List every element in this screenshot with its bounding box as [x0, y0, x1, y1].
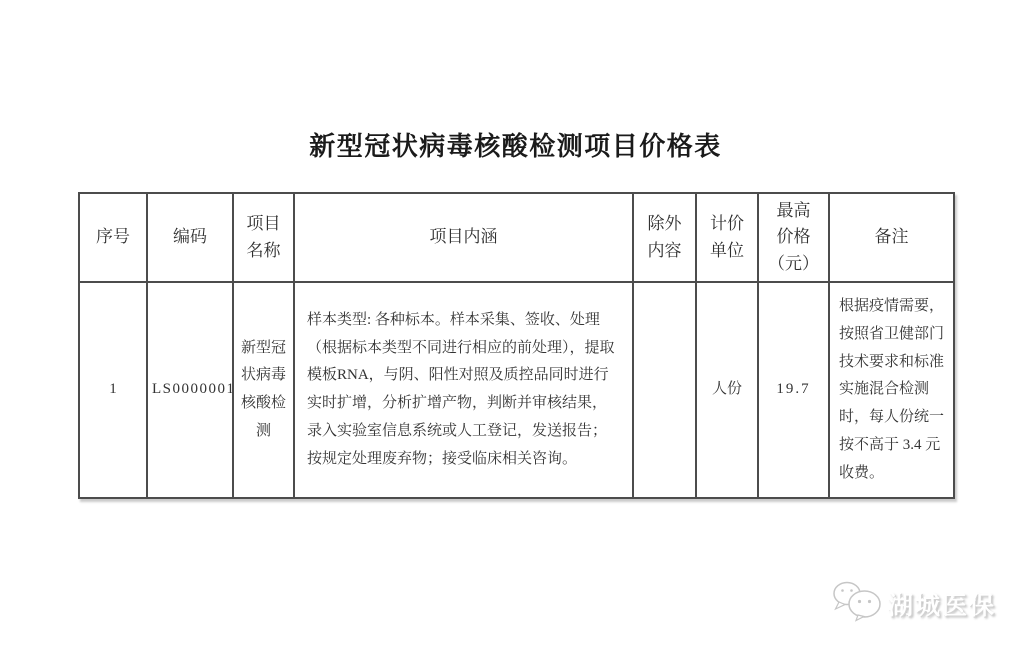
price-table: 序号 编码 项目 名称 项目内涵 除外 内容 计价 单位 最高 价格 （元） 备… [78, 192, 955, 499]
document-page: 新型冠状病毒核酸检测项目价格表 序号 编码 项目 名称 项目内涵 除外 内容 计… [0, 0, 1024, 645]
cell-code: LS0000001 [147, 282, 233, 498]
header-seq: 序号 [79, 193, 147, 282]
wechat-icon [831, 580, 883, 627]
cell-unit: 人份 [696, 282, 758, 498]
header-remark: 备注 [829, 193, 954, 282]
cell-remark: 根据疫情需要，按照省卫健部门技术要求和标准实施混合检测时，每人份统一按不高于 3… [829, 282, 954, 498]
header-code: 编码 [147, 193, 233, 282]
header-project-name: 项目 名称 [233, 193, 294, 282]
header-row: 序号 编码 项目 名称 项目内涵 除外 内容 计价 单位 最高 价格 （元） 备… [79, 193, 954, 282]
watermark-label: 湖城医保 [888, 586, 996, 622]
header-max-price: 最高 价格 （元） [758, 193, 829, 282]
page-title: 新型冠状病毒核酸检测项目价格表 [78, 131, 953, 163]
cell-project-name: 新型冠状病毒核酸检测 [233, 282, 294, 498]
header-unit: 计价 单位 [696, 193, 758, 282]
table-row: 1 LS0000001 新型冠状病毒核酸检测 样本类型: 各种标本。样本采集、签… [79, 282, 954, 498]
watermark: 湖城医保 [831, 580, 996, 627]
cell-excluded [633, 282, 696, 498]
header-project-content: 项目内涵 [294, 193, 633, 282]
cell-project-content: 样本类型: 各种标本。样本采集、签收、处理（根据标本类型不同进行相应的前处理），… [294, 282, 633, 498]
cell-seq: 1 [79, 282, 147, 498]
cell-max-price: 19.7 [758, 282, 829, 498]
header-excluded: 除外 内容 [633, 193, 696, 282]
